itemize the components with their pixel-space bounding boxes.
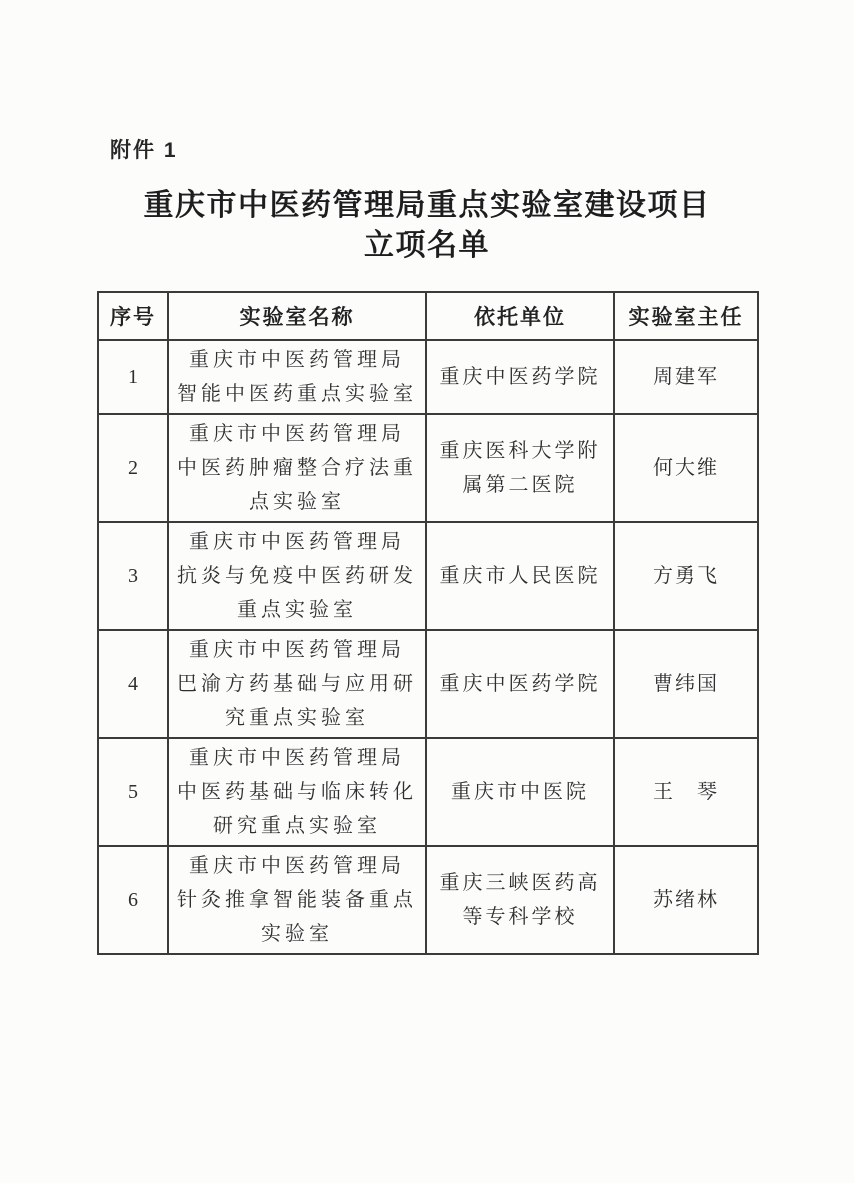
document-page: 附件 1 重庆市中医药管理局重点实验室建设项目 立项名单 序号 实验室名称 依托… xyxy=(0,0,854,1183)
table-row: 6 重庆市中医药管理局 针灸推拿智能装备重点实验室 重庆三峡医药高等专科学校 苏… xyxy=(98,846,758,954)
page-title: 重庆市中医药管理局重点实验室建设项目 立项名单 xyxy=(0,186,854,266)
seq-cell: 2 xyxy=(98,414,168,522)
lab-name-cell: 重庆市中医药管理局 中医药基础与临床转化研究重点实验室 xyxy=(168,738,426,846)
lab-name-cell: 重庆市中医药管理局 巴渝方药基础与应用研究重点实验室 xyxy=(168,630,426,738)
seq-cell: 3 xyxy=(98,522,168,630)
director-cell: 王 琴 xyxy=(614,738,758,846)
table-row: 2 重庆市中医药管理局 中医药肿瘤整合疗法重点实验室 重庆医科大学附属第二医院 … xyxy=(98,414,758,522)
lab-name-cell: 重庆市中医药管理局 针灸推拿智能装备重点实验室 xyxy=(168,846,426,954)
director-cell: 方勇飞 xyxy=(614,522,758,630)
table-row: 3 重庆市中医药管理局 抗炎与免疫中医药研发重点实验室 重庆市人民医院 方勇飞 xyxy=(98,522,758,630)
header-director: 实验室主任 xyxy=(614,292,758,340)
lab-name-cell: 重庆市中医药管理局 抗炎与免疫中医药研发重点实验室 xyxy=(168,522,426,630)
org-cell: 重庆市中医院 xyxy=(426,738,614,846)
table-row: 5 重庆市中医药管理局 中医药基础与临床转化研究重点实验室 重庆市中医院 王 琴 xyxy=(98,738,758,846)
director-cell: 周建军 xyxy=(614,340,758,414)
seq-cell: 6 xyxy=(98,846,168,954)
lab-name-cell: 重庆市中医药管理局 智能中医药重点实验室 xyxy=(168,340,426,414)
director-cell: 苏绪林 xyxy=(614,846,758,954)
org-cell: 重庆市人民医院 xyxy=(426,522,614,630)
org-cell: 重庆中医药学院 xyxy=(426,630,614,738)
table-header: 序号 实验室名称 依托单位 实验室主任 xyxy=(98,292,758,340)
attachment-label: 附件 1 xyxy=(110,134,178,164)
header-org: 依托单位 xyxy=(426,292,614,340)
lab-name-cell: 重庆市中医药管理局 中医药肿瘤整合疗法重点实验室 xyxy=(168,414,426,522)
table-row: 1 重庆市中医药管理局 智能中医药重点实验室 重庆中医药学院 周建军 xyxy=(98,340,758,414)
seq-cell: 1 xyxy=(98,340,168,414)
header-lab-name: 实验室名称 xyxy=(168,292,426,340)
table-body: 1 重庆市中医药管理局 智能中医药重点实验室 重庆中医药学院 周建军 2 重庆市… xyxy=(98,340,758,954)
header-row: 序号 实验室名称 依托单位 实验室主任 xyxy=(98,292,758,340)
seq-cell: 4 xyxy=(98,630,168,738)
org-cell: 重庆医科大学附属第二医院 xyxy=(426,414,614,522)
table-row: 4 重庆市中医药管理局 巴渝方药基础与应用研究重点实验室 重庆中医药学院 曹纬国 xyxy=(98,630,758,738)
seq-cell: 5 xyxy=(98,738,168,846)
org-cell: 重庆三峡医药高等专科学校 xyxy=(426,846,614,954)
director-cell: 曹纬国 xyxy=(614,630,758,738)
lab-approval-table: 序号 实验室名称 依托单位 实验室主任 1 重庆市中医药管理局 智能中医药重点实… xyxy=(97,291,759,955)
director-cell: 何大维 xyxy=(614,414,758,522)
org-cell: 重庆中医药学院 xyxy=(426,340,614,414)
header-seq: 序号 xyxy=(98,292,168,340)
